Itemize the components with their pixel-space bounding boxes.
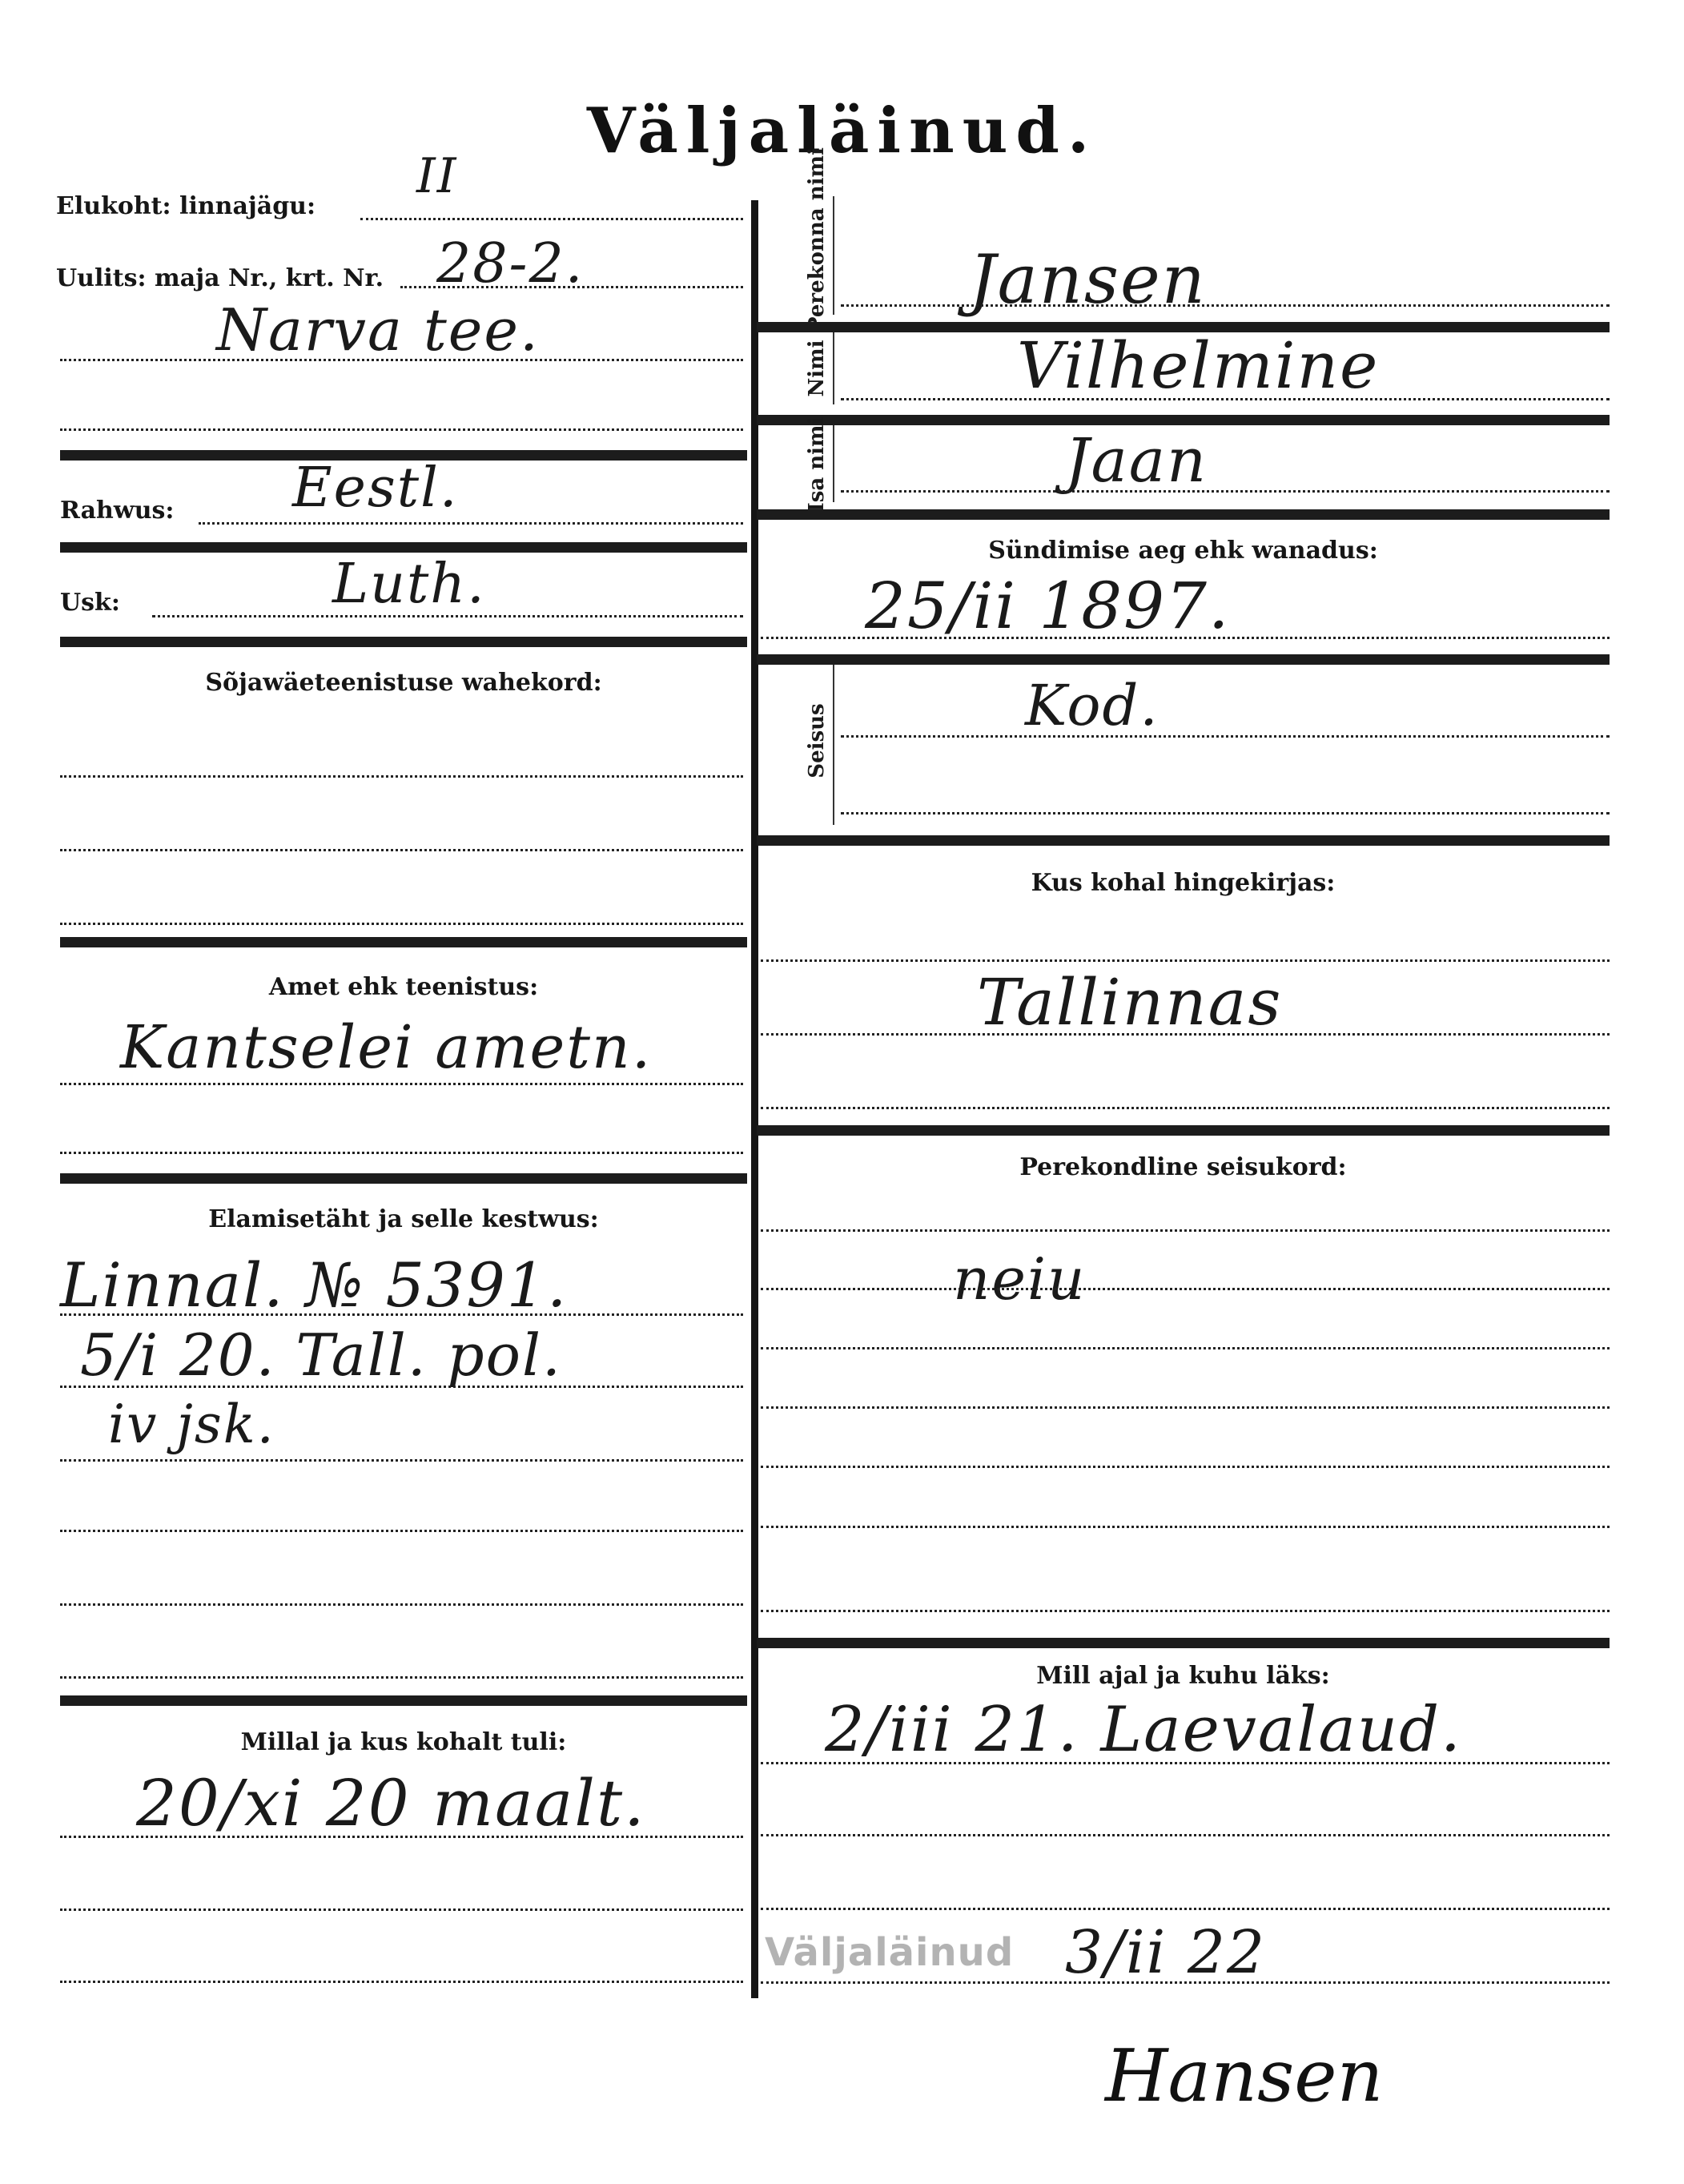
label-column-rule (833, 665, 834, 825)
section-divider (60, 1695, 747, 1706)
arrival-line-2 (60, 1908, 743, 1911)
father-name-line (841, 490, 1610, 493)
surname-line (841, 304, 1610, 307)
label-column-rule (833, 332, 834, 404)
street-name-line (60, 359, 743, 361)
nationality-value: Eestl. (292, 457, 458, 520)
street-line (400, 286, 743, 288)
occupation-line-1 (60, 1083, 743, 1085)
surname-value: Jansen (969, 240, 1207, 319)
registry-line-3 (761, 1107, 1610, 1109)
residence-permit-label: Elamisetäht ja selle kestwus: (60, 1205, 747, 1233)
permit-line-5 (60, 1603, 743, 1606)
column-divider (751, 200, 758, 1998)
departure-value: 2/iii 21. Laevalaud. (825, 1694, 1462, 1766)
estate-value: Kod. (1025, 673, 1160, 738)
birth-line (761, 637, 1610, 639)
section-divider (757, 509, 1610, 520)
residence-extra-line (60, 428, 743, 431)
registry-label: Kus kohal hingekirjas: (757, 869, 1610, 897)
religion-line (152, 615, 743, 617)
section-divider (757, 654, 1610, 665)
father-name-value: Jaan (1065, 424, 1208, 496)
estate-line-2 (841, 812, 1610, 814)
occupation-line-2 (60, 1152, 743, 1154)
family-line-3 (761, 1347, 1610, 1349)
military-label: Sõjawäeteenistuse wahekord: (60, 669, 747, 697)
first-name-line (841, 398, 1610, 400)
family-line-7 (761, 1610, 1610, 1612)
district-value: II (416, 148, 457, 204)
residence-permit-line-2: 5/i 20. Tall. pol. (80, 1321, 562, 1389)
occupation-label: Amet ehk teenistus: (60, 973, 747, 1001)
district-label: Elukoht: linnajägu: (56, 192, 315, 220)
registry-line-2 (761, 1033, 1610, 1036)
arrival-line-1 (60, 1836, 743, 1838)
section-divider (60, 542, 747, 553)
permit-line-6 (60, 1676, 743, 1679)
departure-line-2 (761, 1834, 1610, 1836)
family-status-label: Perekondline seisukord: (757, 1153, 1610, 1181)
street-label: Uulits: maja Nr., krt. Nr. (56, 264, 384, 292)
permit-line-4 (60, 1530, 743, 1532)
first-name-value: Vilhelmine (1017, 328, 1379, 403)
departure-line-1 (761, 1762, 1610, 1764)
departed-stamp: Väljaläinud (765, 1930, 1014, 1975)
section-divider (60, 1173, 747, 1184)
family-line-1 (761, 1229, 1610, 1232)
departure-line-3 (761, 1908, 1610, 1910)
family-status-value: neiu (953, 1245, 1086, 1313)
departure-label: Mill ajal ja kuhu läks: (757, 1662, 1610, 1690)
registry-value: Tallinnas (977, 965, 1282, 1040)
estate-line-1 (841, 735, 1610, 738)
military-line-1 (60, 775, 743, 778)
religion-value: Luth. (332, 553, 486, 616)
arrival-value: 20/xi 20 maalt. (136, 1766, 646, 1840)
family-line-5 (761, 1466, 1610, 1468)
family-line-2 (761, 1288, 1610, 1290)
residence-permit-line-1: Linnal. № 5391. (60, 1249, 568, 1321)
section-divider (757, 835, 1610, 846)
label-column-rule (833, 196, 834, 315)
registry-line-1 (761, 959, 1610, 962)
section-divider (757, 1638, 1610, 1648)
estate-label: Seisus (805, 677, 829, 805)
nationality-label: Rahwus: (60, 497, 174, 525)
military-line-2 (60, 849, 743, 851)
section-divider (60, 937, 747, 947)
birth-value: 25/ii 1897. (865, 569, 1230, 643)
label-column-rule (833, 425, 834, 502)
district-line (360, 218, 743, 220)
street-name-value: Narva tee. (216, 296, 540, 364)
permit-line-1 (60, 1313, 743, 1316)
military-line-3 (60, 923, 743, 925)
family-line-4 (761, 1406, 1610, 1409)
stamp-date: 3/ii 22 (1065, 1918, 1266, 1987)
religion-label: Usk: (60, 589, 120, 617)
permit-line-2 (60, 1386, 743, 1388)
section-divider (60, 637, 747, 647)
permit-line-3 (60, 1459, 743, 1462)
nationality-line (199, 522, 743, 525)
birth-label: Sündimise aeg ehk wanadus: (757, 537, 1610, 565)
document-title: Väljaläinud. (0, 95, 1684, 167)
section-divider (757, 1125, 1610, 1136)
official-signature: Hansen (1105, 2034, 1384, 2118)
family-line-6 (761, 1526, 1610, 1528)
arrival-label: Millal ja kus kohalt tuli: (60, 1728, 747, 1756)
arrival-line-3 (60, 1981, 743, 1983)
occupation-value: Kantselei ametn. (120, 1013, 652, 1082)
residence-permit-line-3: iv jsk. (108, 1394, 275, 1455)
